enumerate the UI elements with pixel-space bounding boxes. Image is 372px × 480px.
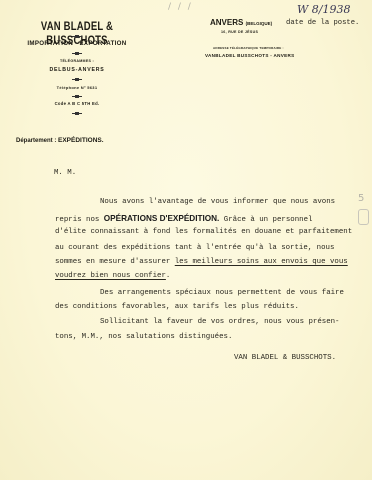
country: (BELGIQUE) (246, 21, 273, 26)
body-line: Nous avons l'avantage de vous informer q… (100, 198, 335, 206)
body-line: d'élite connaissant à fond les formalité… (55, 228, 352, 236)
temp-telegram-address: VANBLADEL BUSSCHOTS - ANVERS (205, 53, 294, 58)
divider (72, 113, 82, 114)
body-line: Des arrangements spéciaux nous permetten… (100, 289, 344, 297)
text: sommes en mesure d'assurer (55, 258, 175, 266)
temp-telegram-label: ADRESSE TÉLÉGRAPHIQUE TEMPORAIRE : (213, 46, 284, 50)
divider (72, 53, 82, 54)
text: Grâce à un personnel (219, 216, 312, 224)
body-line: Sollicitant la faveur de vos ordres, nou… (100, 318, 340, 326)
handwritten-reference: W 8/1938 (297, 3, 351, 16)
date-line: date de la poste. (286, 19, 359, 27)
underlined-text: les meilleurs soins aux envois que vous (175, 258, 348, 266)
telegraph-code: Code A B C 5TH Ed. (10, 101, 144, 106)
body-line: au courant des expéditions tant à l'entr… (55, 244, 334, 252)
telegram-address: DELBUS-ANVERS (10, 67, 144, 73)
body-line: repris nos OPÉRATIONS D'EXPÉDITION. Grâc… (55, 214, 312, 224)
operations-highlight: OPÉRATIONS D'EXPÉDITION. (104, 214, 220, 223)
signature: VAN BLADEL & BUSSCHOTS. (234, 354, 336, 362)
divider (72, 79, 82, 80)
city-line: ANVERS (BELGIQUE) (210, 18, 272, 27)
body-line: tons, M.M., nos salutations distinguées. (55, 333, 232, 341)
department-value: EXPÉDITIONS. (58, 137, 104, 144)
text: repris nos (55, 216, 104, 224)
street-address: 16, RUE DE JÉSUS (221, 30, 258, 34)
department-line: Département : EXPÉDITIONS. (16, 137, 104, 144)
divider (72, 96, 82, 97)
body-line: voudrez bien nous confier. (55, 272, 170, 280)
activity-line: IMPORTATION - EXPORTATION (10, 40, 144, 47)
body-line: sommes en mesure d'assurer les meilleurs… (55, 258, 348, 266)
text: . (166, 272, 170, 280)
pencil-side-mark: 5 (358, 193, 364, 204)
pencil-scribble (358, 209, 369, 225)
salutation: M. M. (54, 169, 76, 177)
letter-page: VAN BLADEL & BUSSCHOTS IMPORTATION - EXP… (0, 0, 372, 480)
pencil-mark: / / / (168, 2, 193, 12)
department-label: Département : (16, 138, 56, 144)
phone-number: Téléphone N° 5631 (10, 85, 144, 90)
city: ANVERS (210, 18, 243, 27)
divider (72, 36, 82, 37)
body-line: des conditions favorables, aux tarifs le… (55, 303, 299, 311)
telegram-label: TÉLÉGRAMMES : (10, 59, 144, 63)
underlined-text: voudrez bien nous confier (55, 272, 166, 280)
